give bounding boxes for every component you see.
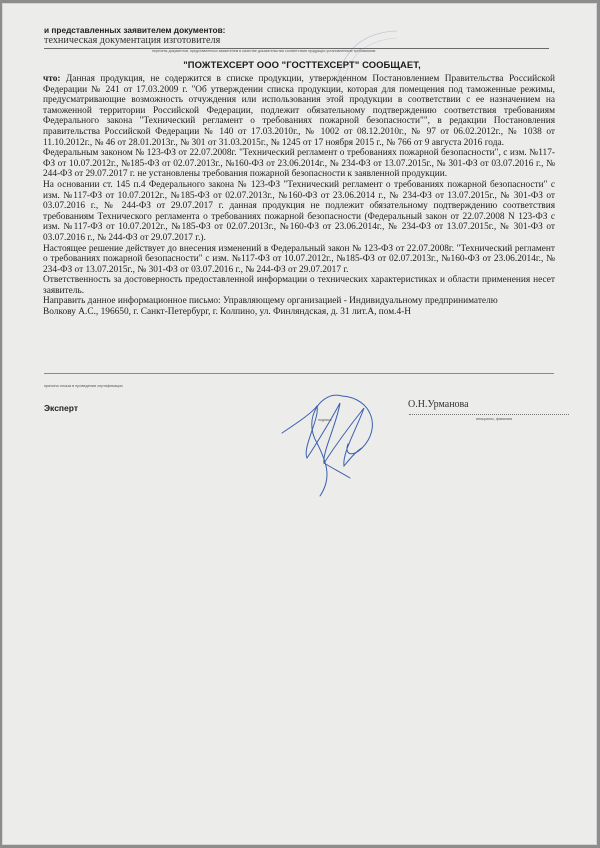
name-caption: инициалы, фамилия (476, 417, 512, 421)
expert-label: Эксперт (44, 403, 78, 413)
paragraph-lead: что: (43, 74, 61, 84)
recipient-line-1: Направить данное информационное письмо: … (43, 296, 498, 306)
documents-caption: перечень документов, представленных заяв… (152, 49, 375, 53)
paragraph-federal-law: Федеральным законом № 123-ФЗ от 22.07.20… (43, 148, 555, 180)
signature-icon (262, 388, 412, 498)
paragraph-validity: Настоящее решение действует до внесения … (43, 244, 555, 276)
documents-label: и представленных заявителем документов: (44, 25, 225, 35)
documents-value: техническая документация изготовителя (44, 35, 220, 46)
paragraph-text: Данная продукция, не содержится в списке… (43, 74, 555, 148)
page-title: "ПОЖТЕХСЕРТ ООО "ГОСТТЕХСЕРТ" СООБЩАЕТ, (2, 59, 600, 70)
divider (409, 414, 569, 415)
reason-caption: причина отказа в проведении сертификации (44, 384, 123, 388)
signer-name: О.Н.Урманова (408, 399, 469, 410)
signature-caption: подпись (318, 418, 332, 422)
paragraph-recipient: Направить данное информационное письмо: … (43, 296, 555, 317)
letter-body: что: Данная продукция, не содержится в с… (43, 74, 555, 318)
document-page: и представленных заявителем документов: … (2, 3, 597, 845)
paragraph-not-in-list: что: Данная продукция, не содержится в с… (43, 74, 555, 148)
paragraph-basis: На основании ст. 145 п.4 Федерального за… (43, 180, 555, 244)
recipient-line-2: Волкову А.С., 196650, г. Санкт-Петербург… (43, 307, 411, 317)
divider (44, 373, 554, 374)
paragraph-responsibility: Ответственность за достоверность предост… (43, 275, 555, 296)
